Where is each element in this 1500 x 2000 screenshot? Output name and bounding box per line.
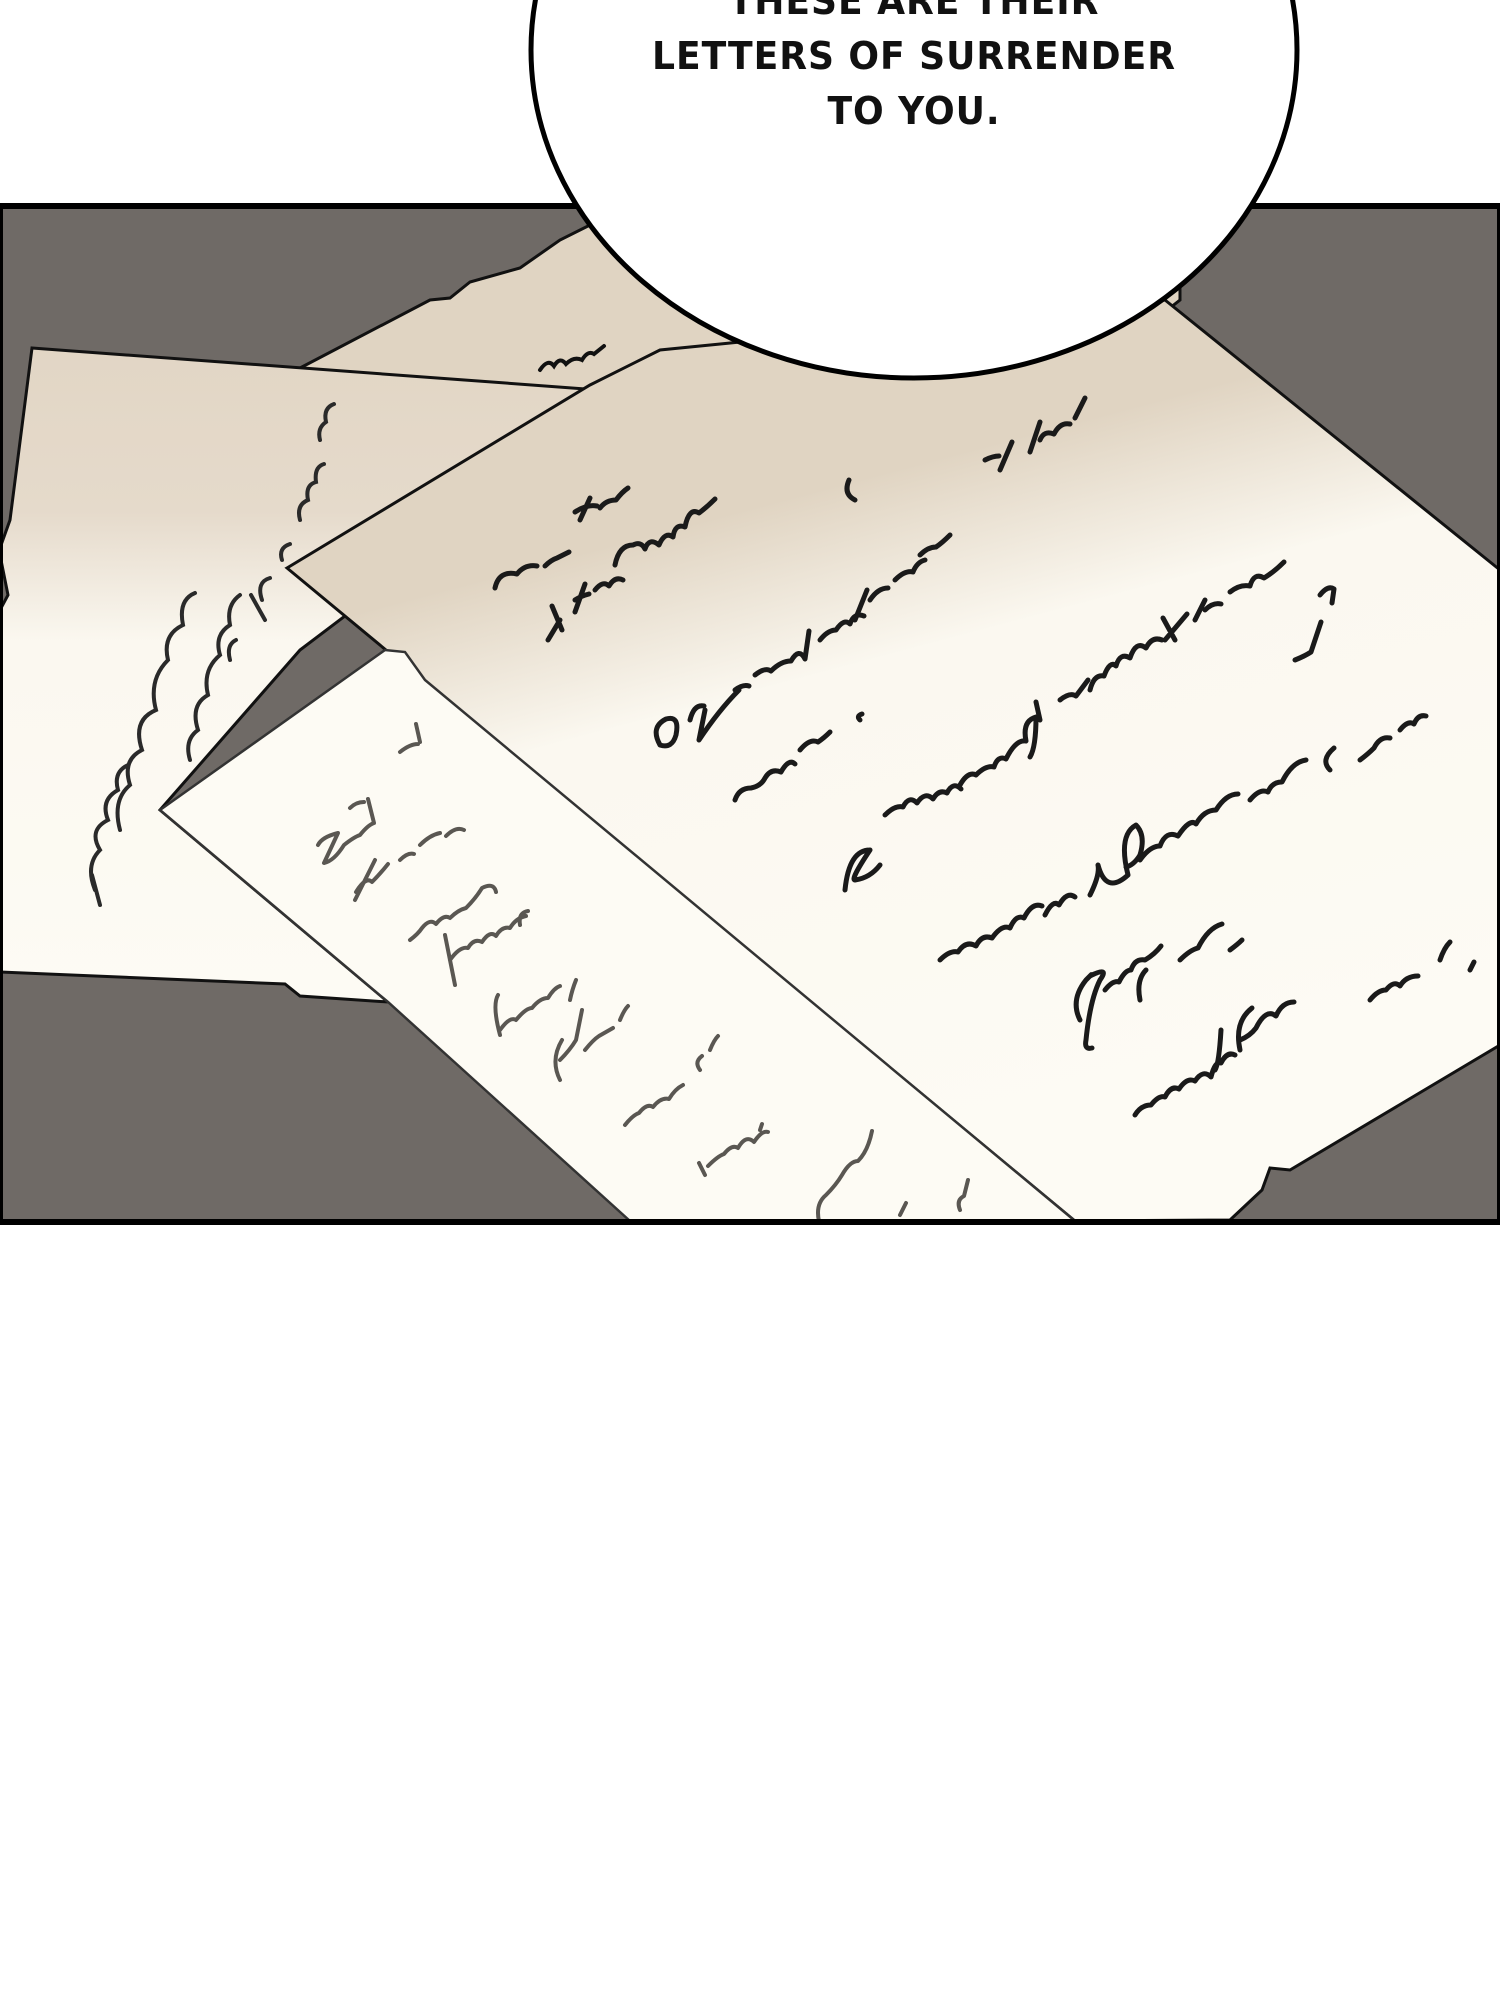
- comic-panel: [0, 0, 1500, 2000]
- speech-bubble-text: THESE ARE THEIR LETTERS OF SURRENDER TO …: [531, 0, 1297, 139]
- speech-line-2: LETTERS OF SURRENDER: [550, 29, 1278, 84]
- speech-line-1: THESE ARE THEIR: [550, 0, 1278, 29]
- comic-page: THESE ARE THEIR LETTERS OF SURRENDER TO …: [0, 0, 1500, 2000]
- panel-artwork: [0, 207, 1500, 1225]
- speech-line-3: TO YOU.: [550, 84, 1278, 139]
